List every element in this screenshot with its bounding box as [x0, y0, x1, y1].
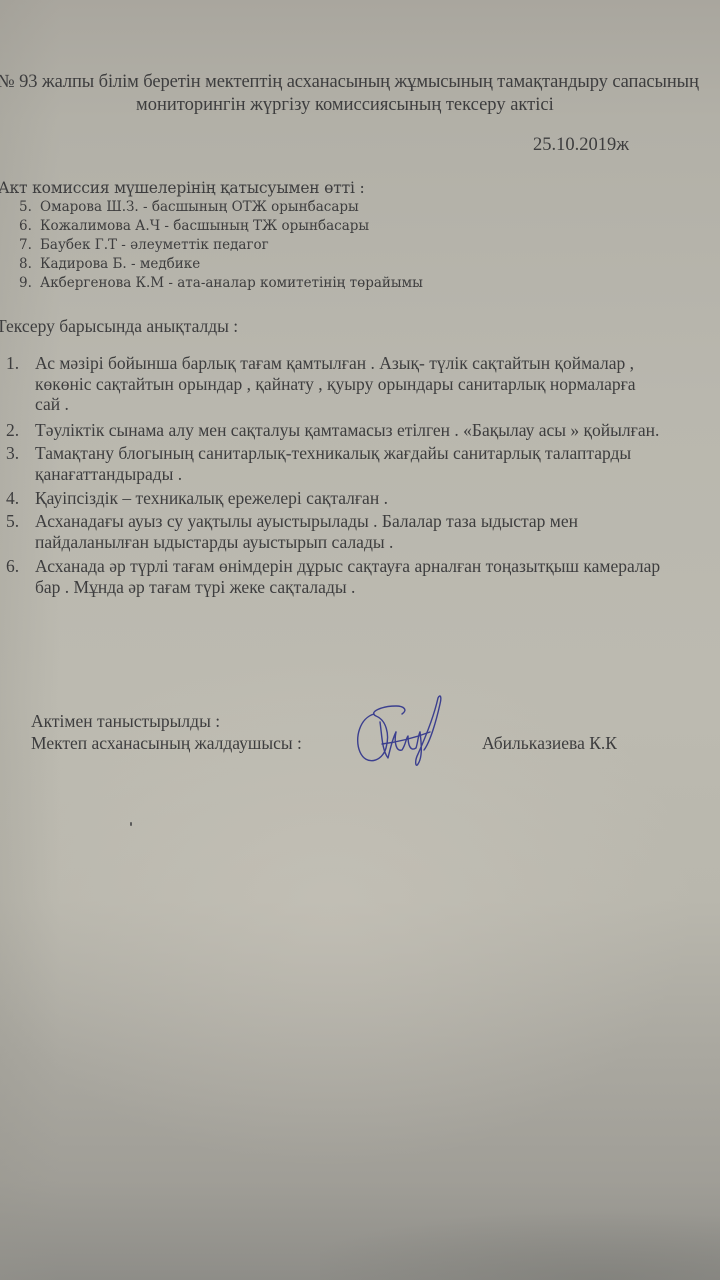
member-number: 8. [19, 256, 39, 272]
member-number: 6. [19, 218, 39, 234]
acknowledged-label: Актімен таныстырылды : [31, 711, 220, 732]
member-text: Кадирова Б. - медбике [40, 256, 200, 272]
member-number: 7. [19, 237, 39, 253]
member-text: Акбергенова К.М - ата-аналар комитетінің… [40, 275, 423, 291]
finding-text: Асханада әр түрлі тағам өнімдерін дұрыс … [35, 556, 720, 597]
member-text: Кожалимова А.Ч - басшының ТЖ орынбасары [40, 218, 369, 234]
finding-number: 2. [6, 420, 30, 441]
finding-text: Ас мәзірі бойынша барлық тағам қамтылған… [35, 353, 720, 415]
finding-number: 3. [6, 443, 30, 464]
paper-shadow-bottom [320, 1190, 720, 1280]
member-number: 5. [19, 199, 39, 215]
commission-intro: Акт комиссия мүшелерінің қатысуымен өтті… [0, 179, 365, 197]
document-title-line-2: мониторингін жүргізу комиссиясының тексе… [136, 95, 554, 116]
member-text: Омарова Ш.З. - басшының ОТЖ орынбасары [40, 199, 359, 215]
paper-speck [130, 822, 132, 826]
tenant-name: Абилькaзиева К.К [482, 733, 617, 754]
finding-text: Асханадағы ауыз су уақтылы ауыстырылады … [35, 511, 720, 552]
finding-text: Тамақтану блогының санитарлық-техникалық… [35, 443, 720, 484]
finding-number: 4. [6, 488, 30, 509]
document-date: 25.10.2019ж [533, 135, 629, 156]
finding-number: 6. [6, 556, 30, 577]
signature-icon [352, 692, 448, 774]
canteen-tenant-label: Мектеп асханасының жалдаушысы : [31, 733, 302, 754]
findings-heading: Тексеру барысында анықталды : [0, 316, 238, 337]
finding-text: Тәуліктік сынама алу мен сақталуы қамтам… [35, 420, 720, 441]
member-number: 9. [19, 275, 39, 291]
document-title-line-1: № 93 жалпы білім беретін мектептің асхан… [0, 72, 699, 93]
finding-number: 5. [6, 511, 30, 532]
finding-text: Қауіпсіздік – техникалық ережелері сақта… [35, 488, 720, 509]
finding-number: 1. [6, 353, 30, 374]
member-text: Баубек Г.Т - әлеуметтік педагог [40, 237, 269, 253]
